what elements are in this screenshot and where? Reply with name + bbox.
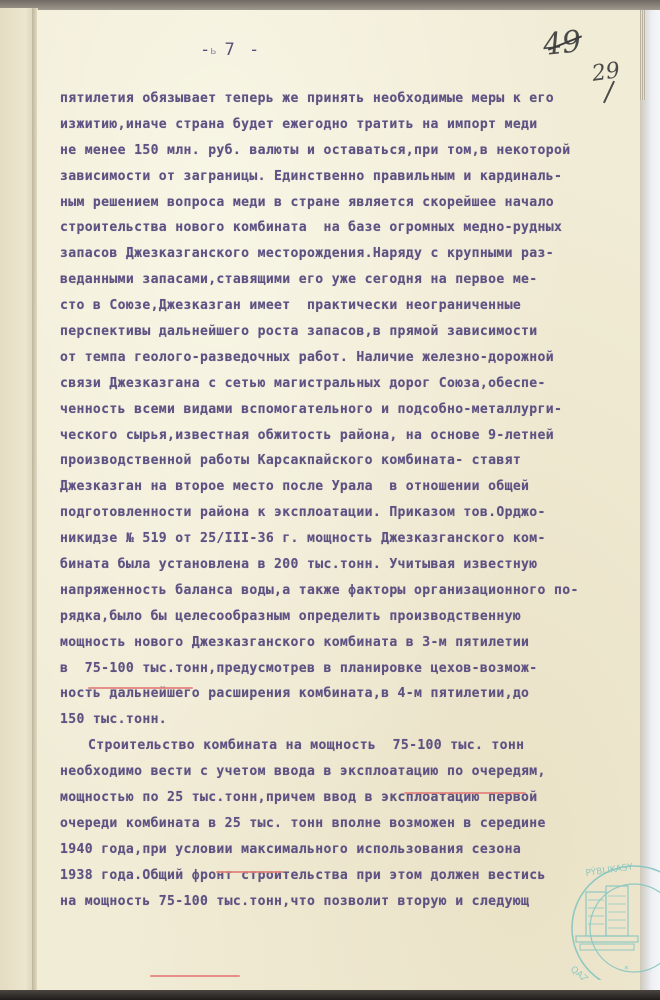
text-line: веданными запасами,ставящими его уже сег… — [60, 267, 630, 293]
text-line: 1940 года,при условии максимального испо… — [60, 837, 630, 863]
text-line: 150 тыс.тонн. — [60, 707, 630, 733]
svg-text:*: * — [624, 965, 629, 975]
page-number: - 7 - — [200, 40, 261, 60]
text-line: Строительство комбината на мощность 75-1… — [60, 733, 630, 759]
text-line: Джезказган на второе место после Урала в… — [60, 474, 630, 500]
text-line: не менее 150 млн. руб. валюты и оставать… — [60, 138, 630, 164]
red-underline — [404, 792, 526, 794]
text-line: строительства нового комбината на базе о… — [60, 215, 630, 241]
text-line: очереди комбината в 25 тыс. тонн вполне … — [60, 811, 630, 837]
text-line: ность дальнейшего расширения комбината,в… — [60, 681, 630, 707]
red-underline — [150, 975, 240, 977]
text-line: зависимости от заграницы. Единственно пр… — [60, 164, 630, 190]
text-line: рядка,было бы целесообразным определить … — [60, 604, 630, 630]
text-line: запасов Джезказганского месторождения.На… — [60, 241, 630, 267]
red-underline — [216, 871, 284, 873]
scan-border-bottom — [0, 990, 660, 1000]
text-line: перспективы дальнейшего роста запасов,в … — [60, 319, 630, 345]
text-line: напряженность баланса воды,а также факто… — [60, 578, 630, 604]
text-line: подготовленности района к эксплоатации. … — [60, 500, 630, 526]
svg-text:PÝBLIKASY: PÝBLIKASY — [585, 862, 634, 879]
text-line: ческого сырья,известная обжитость района… — [60, 423, 630, 449]
typewritten-body: пятилетия обязывает теперь же принять не… — [60, 86, 630, 915]
handwritten-folio-new: 29 — [590, 58, 621, 87]
text-line: от темпа геолого-разведочных работ. Нали… — [60, 345, 630, 371]
text-line: ным решением вопроса меди в стране являе… — [60, 190, 630, 216]
text-line: на мощность 75-100 тыс.тонн,что позволит… — [60, 889, 630, 915]
red-underline — [88, 687, 193, 689]
text-line: бината была установлена в 200 тыс.тонн. … — [60, 552, 630, 578]
text-line: необходимо вести с учетом ввода в экспло… — [60, 759, 630, 785]
text-line: производственной работы Карсакпайского к… — [60, 448, 630, 474]
text-line: пятилетия обязывает теперь же принять не… — [60, 86, 630, 112]
page-stack-edge — [640, 10, 660, 1000]
text-line: никидзе № 519 от 25/III-36 г. мощность Д… — [60, 526, 630, 552]
text-line: 1938 года.Общий фронт строительства при … — [60, 863, 630, 889]
archive-stamp-icon: PÝBLIKASY QAZ * — [566, 862, 660, 980]
text-line: сто в Союзе,Джезказган имеет практически… — [60, 293, 630, 319]
text-line: мощностью по 25 тыс.тонн,причем ввод в э… — [60, 785, 630, 811]
text-line: мощность нового Джезказганского комбинат… — [60, 630, 630, 656]
previous-page-edge — [0, 8, 36, 992]
text-line: ченность всеми видами вспомогательного и… — [60, 397, 630, 423]
text-line: изжитию,иначе страна будет ежегодно трат… — [60, 112, 630, 138]
text-line: связи Джезказгана с сетью магистральных … — [60, 371, 630, 397]
text-line: в 75-100 тыс.тонн,предусмотрев в планиро… — [60, 656, 630, 682]
